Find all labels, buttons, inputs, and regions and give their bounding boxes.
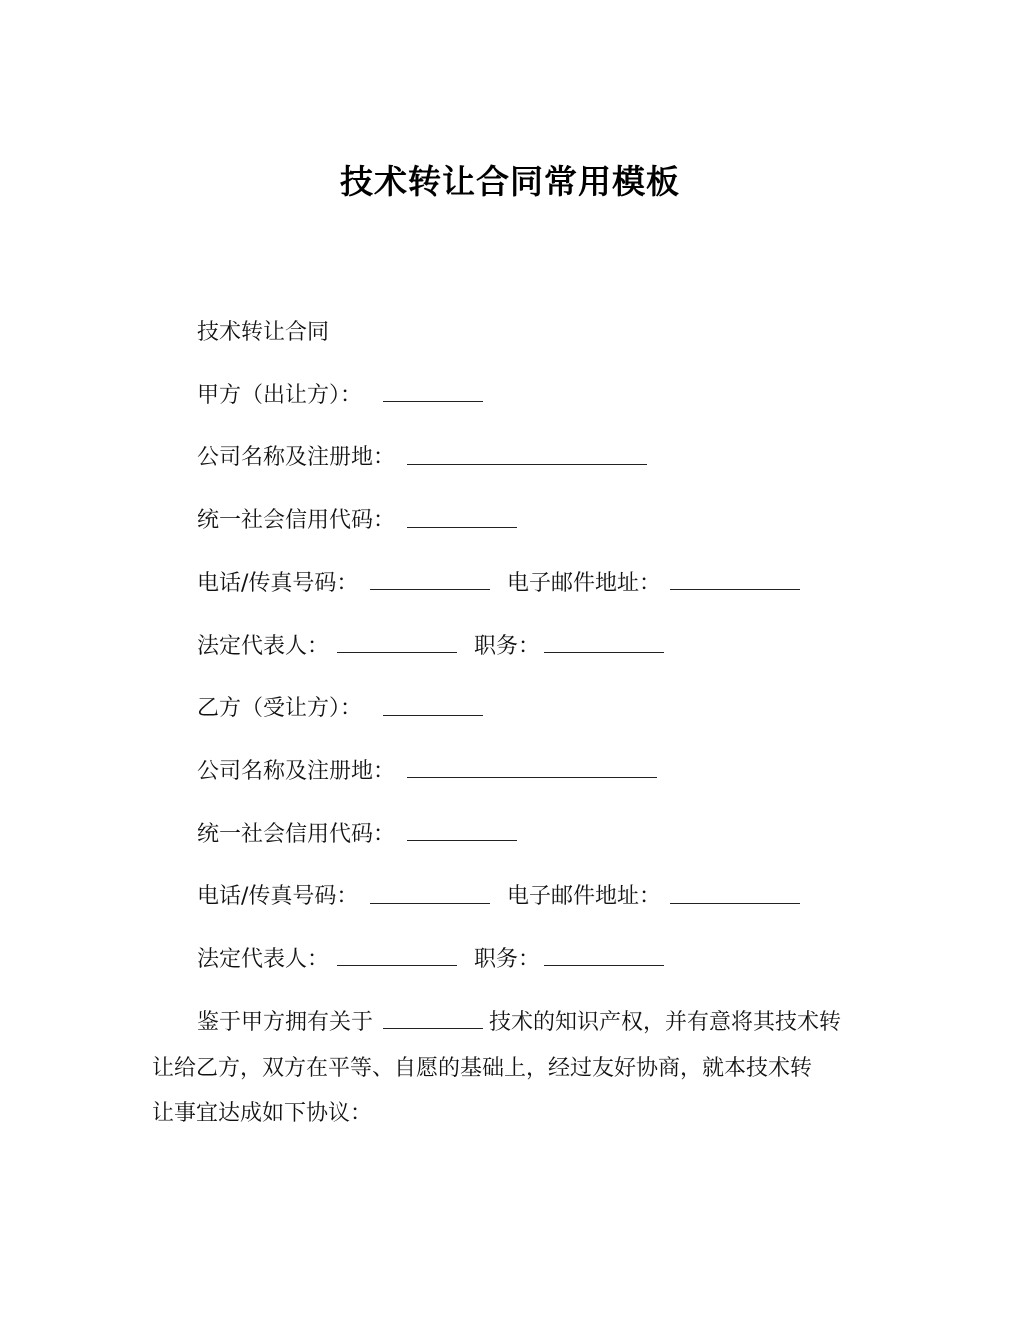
preamble-line2: 让给乙方，双方在平等、自愿的基础上，经过友好协商，就本技术转 (152, 1054, 812, 1084)
party-a-company-label: 公司名称及注册地： (197, 443, 395, 473)
party-a-company-blank[interactable] (407, 464, 647, 465)
party-b-heading: 乙方（受让方）： (197, 694, 362, 724)
party-a-email-blank[interactable] (670, 589, 800, 590)
party-a-email-label: 电子邮件地址： (507, 569, 661, 599)
party-b-position-label: 职务： (474, 945, 540, 975)
preamble-line3: 让事宜达成如下协议： (152, 1099, 372, 1129)
party-a-credit-code-label: 统一社会信用代码： (197, 506, 395, 536)
preamble-line1-before: 鉴于甲方拥有关于 (197, 1008, 373, 1038)
party-b-position-blank[interactable] (544, 965, 664, 966)
party-b-legal-rep-blank[interactable] (337, 965, 457, 966)
party-a-name-blank[interactable] (383, 401, 483, 402)
party-b-company-blank[interactable] (407, 777, 657, 778)
contract-subtitle: 技术转让合同 (197, 318, 329, 348)
party-a-legal-rep-label: 法定代表人： (197, 632, 329, 662)
party-b-name-blank[interactable] (383, 715, 483, 716)
party-b-phone-label: 电话/传真号码： (197, 882, 358, 912)
party-a-phone-blank[interactable] (370, 589, 490, 590)
party-a-legal-rep-blank[interactable] (337, 652, 457, 653)
party-b-credit-code-blank[interactable] (407, 840, 517, 841)
party-b-phone-blank[interactable] (370, 903, 490, 904)
party-b-company-label: 公司名称及注册地： (197, 757, 395, 787)
party-a-position-label: 职务： (474, 632, 540, 662)
party-b-email-blank[interactable] (670, 903, 800, 904)
party-b-email-label: 电子邮件地址： (507, 882, 661, 912)
preamble-line1-after: 技术的知识产权，并有意将其技术转 (489, 1008, 841, 1038)
party-a-credit-code-blank[interactable] (407, 527, 517, 528)
party-a-phone-label: 电话/传真号码： (197, 569, 358, 599)
party-b-legal-rep-label: 法定代表人： (197, 945, 329, 975)
technology-name-blank[interactable] (383, 1028, 483, 1029)
party-a-heading: 甲方（出让方）： (197, 381, 362, 411)
party-a-position-blank[interactable] (544, 652, 664, 653)
document-title: 技术转让合同常用模板 (0, 156, 1020, 203)
party-b-credit-code-label: 统一社会信用代码： (197, 820, 395, 850)
